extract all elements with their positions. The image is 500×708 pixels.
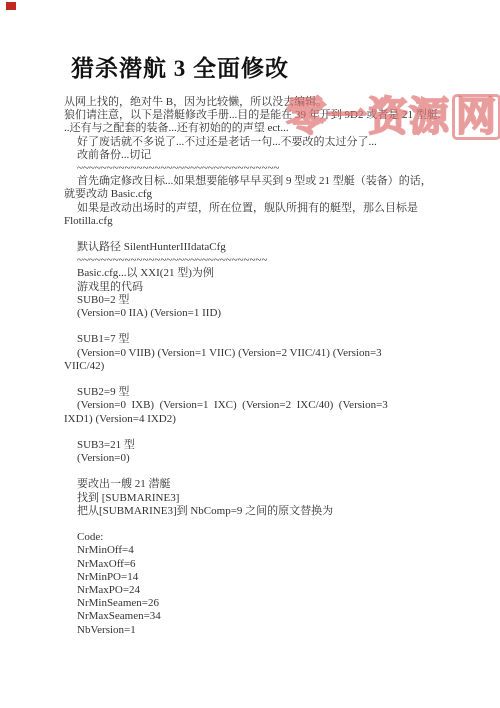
page-title: 猎杀潜航 3 全面修改 — [0, 0, 500, 83]
corner-mark — [6, 2, 16, 10]
text-line: 就要改动 Basic.cfg — [64, 188, 500, 201]
text-line: NrMinSeamen=26 — [64, 597, 500, 610]
text-line: 找到 [SUBMARINE3] — [64, 492, 500, 505]
text-line: ~~~~~~~~~~~~~~~~~~~~~~~~~~~~~~~~~~ — [64, 162, 500, 175]
text-line — [64, 373, 500, 386]
document-lines: 从网上找的，绝对牛 B，因为比较懒，所以没去编辑。狼们请注意，以下是潜艇修改手册… — [0, 96, 500, 637]
text-line — [64, 465, 500, 478]
text-line: Code: — [64, 531, 500, 544]
text-line: ..还有与之配套的装备...还有初始的的声望 ect... — [64, 122, 500, 135]
text-line: (Version=0 IXB) (Version=1 IXC) (Version… — [64, 399, 500, 412]
text-line: Basic.cfg...以 XXI(21 型)为例 — [64, 267, 500, 280]
text-line — [64, 426, 500, 439]
document-page: 猎杀潜航 3 全面修改 从网上找的，绝对牛 B，因为比较懒，所以没去编辑。狼们请… — [0, 0, 500, 708]
text-line: 游戏里的代码 — [64, 281, 500, 294]
text-line: 默认路径 SilentHunterIIIdataCfg — [64, 241, 500, 254]
text-line: (Version=0 VIIB) (Version=1 VIIC) (Versi… — [64, 347, 500, 360]
text-line — [64, 228, 500, 241]
text-line: SUB1=7 型 — [64, 333, 500, 346]
text-line: (Version=0 IIA) (Version=1 IID) — [64, 307, 500, 320]
text-line: SUB3=21 型 — [64, 439, 500, 452]
text-line: 改前备份...切记 — [64, 149, 500, 162]
text-line — [64, 320, 500, 333]
text-line: NrMinPO=14 — [64, 571, 500, 584]
text-line: SUB2=9 型 — [64, 386, 500, 399]
text-line: IXD1) (Version=4 IXD2) — [64, 413, 500, 426]
text-line: SUB0=2 型 — [64, 294, 500, 307]
text-line: 好了废话就不多说了...不过还是老话一句...不要改的太过分了... — [64, 136, 500, 149]
text-line: 如果是改动出场时的声望，所在位置，舰队所拥有的艇型，那么目标是 — [64, 202, 500, 215]
text-line: NrMinOff=4 — [64, 544, 500, 557]
text-line: 把从[SUBMARINE3]到 NbComp=9 之间的原文替换为 — [64, 505, 500, 518]
text-line: VIIC/42) — [64, 360, 500, 373]
text-line: NbVersion=1 — [64, 624, 500, 637]
text-line: Flotilla.cfg — [64, 215, 500, 228]
text-line: ~~~~~~~~~~~~~~~~~~~~~~~~~~~~~~~~ — [64, 254, 500, 267]
text-line: NrMaxOff=6 — [64, 558, 500, 571]
text-line: (Version=0) — [64, 452, 500, 465]
text-line: 要改出一艘 21 潜艇 — [64, 478, 500, 491]
text-line: NrMaxSeamen=34 — [64, 610, 500, 623]
text-line: NrMaxPO=24 — [64, 584, 500, 597]
text-line: 从网上找的，绝对牛 B，因为比较懒，所以没去编辑。 — [64, 96, 500, 109]
text-line: 狼们请注意，以下是潜艇修改手册...目的是能在 39 年开到 9D2 或者是 2… — [64, 109, 500, 122]
text-line: 首先确定修改目标...如果想要能够早早买到 9 型或 21 型艇（装备）的话， — [64, 175, 500, 188]
text-line — [64, 518, 500, 531]
